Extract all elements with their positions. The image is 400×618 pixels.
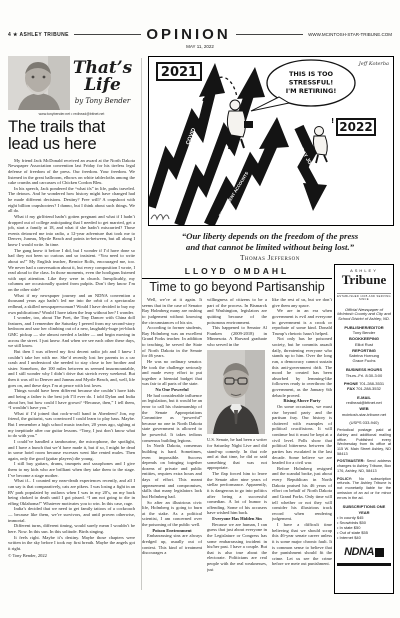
omdahl-paragraph: According to former students, Ray Holmbe… — [142, 325, 202, 359]
column-title-line2: Life — [70, 77, 135, 94]
omdahl-paragraph: U.S. Senate, he had been a writer for Sa… — [207, 437, 267, 471]
masthead-line: POSTMASTER: Send address changes to Ashl… — [337, 459, 391, 473]
masthead-details: PUBLISHER/EDITORTony BenderBOOKKEEPINGEl… — [337, 325, 391, 541]
speech-line3: I'M RETIRING! — [286, 87, 337, 95]
quote-attribution: Thomas Jefferson — [142, 254, 398, 262]
quote-line2: and that cannot be limited without being… — [142, 242, 398, 253]
ndna-logo-block — [375, 548, 384, 557]
masthead-line: POLICY: No subscription refunds. The Ash… — [337, 477, 391, 501]
cartoon-scribble — [151, 215, 169, 220]
header-rule-right — [236, 34, 303, 35]
header-rule-left — [74, 34, 141, 35]
article-paragraph: In his speech, Jack pondered the “what i… — [8, 186, 135, 214]
omdahl-col1: Well, we’re at it again. It seems that i… — [142, 297, 202, 591]
headline-line2: lead us here — [8, 136, 135, 153]
year-2021-label: 2021 — [161, 65, 197, 80]
column-byline: by Tony Bender — [70, 97, 135, 105]
masthead-brand: Tribune — [337, 273, 391, 287]
omdahl-paragraph: like the rest of us, but we don’t give t… — [272, 297, 332, 308]
omdahl-column: LLOYD OMDAHL Time to go beyond Partisans… — [142, 266, 332, 591]
column-title: That’s Life by Tony Bender — [70, 56, 135, 110]
omdahl-headline: Time to go beyond Partisanship — [142, 280, 332, 294]
cartoonist-signature: Jeff Koterba — [358, 61, 389, 67]
columnist-rule — [142, 278, 332, 279]
masthead-official-line: Official Newspaper of McIntosh County an… — [337, 308, 391, 322]
omdahl-paragraph: So after an illustrious civic life, Holm… — [142, 500, 202, 528]
year-2021-box: 2021 — [157, 63, 201, 80]
article-headline: The trails that lead us here — [8, 119, 135, 154]
omdahl-col2-top: willingness of citizens to be a part of … — [207, 297, 267, 348]
ndna-logo-bar — [337, 563, 391, 566]
article-paragraph: I wonder, too, about The Poet, the Tiny … — [8, 315, 135, 349]
issue-date: MAY 11, 2022 — [8, 44, 392, 49]
omdahl-columns: Well, we’re at it again. It seems that i… — [142, 297, 332, 591]
omdahl-paragraph: Everyone Has Hidden Sin — [207, 516, 267, 522]
omdahl-paragraph: The flap forced him to leave the Senate … — [207, 471, 267, 516]
article-paragraph: © Tony Bender, 2022 — [8, 553, 135, 559]
article-paragraph: But then I was offered my first decent r… — [8, 349, 135, 388]
masthead-line: redhead@bttnet.net — [337, 400, 391, 405]
ndna-logo: NDNA — [337, 544, 391, 566]
omdahl-paragraph: This happened to Senator Al Franken (200… — [207, 325, 267, 348]
page-header: 4 ★ ASHLEY TRIBUNE OPINION WWW.MCINTOSH-… — [8, 26, 392, 49]
column-tagline: www.tonybender.net • redhead@bttnet.net — [8, 112, 135, 116]
article-paragraph: I still buy guitars, drums, trumpets and… — [8, 461, 135, 478]
masthead-line: Periodical postage paid at Ashley and ad… — [337, 428, 391, 456]
masthead-line: SUBSCRIPTIONS ONE YEAR — [337, 504, 391, 514]
year-2022-box: 2022 — [337, 119, 375, 135]
omdahl-paragraph: Embarrassing sins are always dredged up,… — [142, 533, 202, 556]
omdahl-col3: like the rest of us, but we don’t give t… — [272, 297, 332, 591]
thats-life-column: That’s Life by Tony Bender www.tonybende… — [8, 56, 135, 616]
section-title: OPINION — [146, 26, 230, 43]
omdahl-paragraph: He had considerable influence on legisla… — [142, 393, 202, 444]
svg-text:!: ! — [331, 117, 334, 125]
article-paragraph: India’s decided that we need to get fami… — [8, 506, 135, 523]
masthead-line: Elliot Rust — [337, 342, 391, 347]
article-body: My friend Jack McDonald received an awar… — [8, 158, 135, 559]
omdahl-paragraph: Because we are human, I can guess that j… — [207, 522, 267, 573]
omdahl-paragraph: Well, we’re at it again. It seems that i… — [142, 297, 202, 325]
speech-line1: THIS IS TOO — [289, 70, 334, 78]
column-header: That’s Life by Tony Bender — [8, 56, 135, 110]
tony-bender-photo — [8, 56, 70, 110]
speech-line2: STRESSFUL! — [289, 79, 333, 87]
ndna-logo-text: NDNA — [344, 546, 374, 558]
website-url: WWW.MCINTOSH-STAR-TRIBUNE.COM — [308, 32, 392, 37]
omdahl-paragraph: willingness of citizens to be a part of … — [207, 297, 267, 325]
descending-figure: ! — [313, 117, 334, 163]
omdahl-paragraph: Before Holmberg resigned and the scandal… — [272, 466, 332, 522]
article-paragraph: The gang knew it before I did, but I won… — [8, 248, 135, 293]
editorial-cartoon: WORKPLACE COVID THIS IS TO — [148, 56, 394, 226]
quote-line1: “Our liberty depends on the freedom of t… — [142, 231, 398, 242]
year-2022-label: 2022 — [339, 120, 372, 134]
headline-line1: The trails that — [8, 119, 135, 136]
article-paragraph: What if I’d joined that rock-n-roll band… — [8, 411, 135, 439]
article-paragraph: What if my girlfriend hadn’t gotten preg… — [8, 214, 135, 248]
article-paragraph: It feels right. Maybe it’s destiny. Mayb… — [8, 535, 135, 552]
masthead-line — [337, 391, 391, 394]
omdahl-paragraph: He was no ordinary senator. He took the … — [142, 359, 202, 387]
cartoon-drawing: WORKPLACE COVID THIS IS TO — [149, 57, 393, 225]
omdahl-col2-bottom: U.S. Senate, he had been a writer for Sa… — [207, 437, 267, 572]
masthead-line — [337, 500, 391, 503]
al-franken-photo — [207, 350, 265, 434]
masthead-line — [337, 363, 391, 366]
article-paragraph: I could’ve handled a tambourine, the mic… — [8, 439, 135, 462]
columnist-name: LLOYD OMDAHL — [142, 266, 332, 276]
press-freedom-quote: “Our liberty depends on the freedom of t… — [142, 231, 398, 262]
article-paragraph: What if my newspaper journey and an NDNA… — [8, 293, 135, 316]
masthead-line: Tony Bender — [337, 330, 391, 335]
omdahl-paragraph: I have a difficult time believing that w… — [272, 522, 332, 567]
omdahl-paragraph: On some occasions, we must rise beyond p… — [272, 404, 332, 466]
newspaper-page: 4 ★ ASHLEY TRIBUNE OPINION WWW.MCINTOSH-… — [0, 0, 400, 618]
omdahl-paragraph: We are in an era when government is evil… — [272, 308, 332, 336]
omdahl-col2: willingness of citizens to be a part of … — [207, 297, 267, 591]
masthead-line: • Internet $40 — [337, 535, 391, 540]
omdahl-paragraph: Not only has he poisoned society, but he… — [272, 336, 332, 398]
masthead-line: mcintosh-star-tribune.net — [337, 412, 391, 417]
article-paragraph: Different turns, different timing, would… — [8, 523, 135, 534]
article-paragraph: What if... I counted my near-death exper… — [8, 478, 135, 506]
edition-label: 4 ★ ASHLEY TRIBUNE — [8, 32, 69, 38]
masthead-box: ASHLEY Tribune ESTABLISHED 1905 AND SERV… — [334, 264, 394, 594]
article-paragraph: Things would have been different because… — [8, 388, 135, 411]
omdahl-paragraph: In North Dakota, consensus building is h… — [142, 443, 202, 499]
speech-bubble: THIS IS TOO STRESSFUL! I'M RETIRING! — [251, 60, 355, 111]
article-paragraph: My friend Jack McDonald received an awar… — [8, 158, 135, 186]
masthead-established: ESTABLISHED 1905 AND SERVING SINCE — [337, 293, 391, 301]
